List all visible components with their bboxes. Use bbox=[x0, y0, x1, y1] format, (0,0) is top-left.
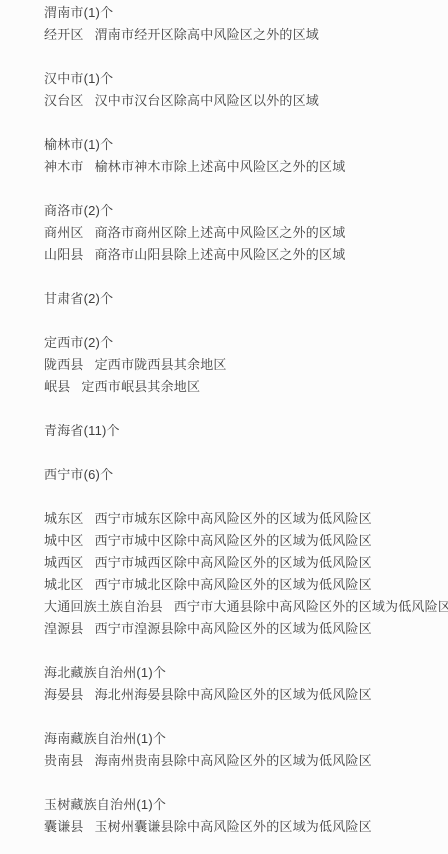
region-block: 城东区西宁市城东区除中高风险区外的区域为低风险区城中区西宁市城中区除中高风险区外… bbox=[44, 508, 444, 640]
area-entry-row: 囊谦县玉树州囊谦县除中高风险区外的区域为低风险区 bbox=[44, 816, 444, 838]
area-name: 商州区 bbox=[44, 225, 84, 240]
region-block: 甘肃省(2)个 bbox=[44, 288, 444, 310]
area-description: 西宁市城西区除中高风险区外的区域为低风险区 bbox=[95, 555, 372, 570]
area-description: 商洛市商州区除上述高中风险区之外的区域 bbox=[95, 225, 346, 240]
region-block: 汉中市(1)个汉台区汉中市汉台区除高中风险区以外的区域 bbox=[44, 68, 444, 112]
region-group-header: 渭南市(1)个 bbox=[44, 2, 444, 24]
area-name: 山阳县 bbox=[44, 247, 84, 262]
region-block: 玉树藏族自治州(1)个囊谦县玉树州囊谦县除中高风险区外的区域为低风险区 bbox=[44, 794, 444, 838]
area-entry-row: 大通回族土族自治县西宁市大通县除中高风险区外的区域为低风险区 bbox=[44, 596, 444, 618]
region-block: 海南藏族自治州(1)个贵南县海南州贵南县除中高风险区外的区域为低风险区 bbox=[44, 728, 444, 772]
area-name: 城西区 bbox=[44, 555, 84, 570]
area-entry-row: 神木市榆林市神木市除上述高中风险区之外的区域 bbox=[44, 156, 444, 178]
area-entry-row: 贵南县海南州贵南县除中高风险区外的区域为低风险区 bbox=[44, 750, 444, 772]
area-name: 囊谦县 bbox=[44, 819, 84, 834]
area-name: 海晏县 bbox=[44, 687, 84, 702]
area-description: 渭南市经开区除高中风险区之外的区域 bbox=[95, 27, 319, 42]
region-block: 海北藏族自治州(1)个海晏县海北州海晏县除中高风险区外的区域为低风险区 bbox=[44, 662, 444, 706]
area-entry-row: 汉台区汉中市汉台区除高中风险区以外的区域 bbox=[44, 90, 444, 112]
region-block: 青海省(11)个 bbox=[44, 420, 444, 442]
area-name: 汉台区 bbox=[44, 93, 84, 108]
area-name: 湟源县 bbox=[44, 621, 84, 636]
region-block: 渭南市(1)个经开区渭南市经开区除高中风险区之外的区域 bbox=[44, 2, 444, 46]
area-entry-row: 商州区商洛市商州区除上述高中风险区之外的区域 bbox=[44, 222, 444, 244]
risk-area-document-page: 渭南市(1)个经开区渭南市经开区除高中风险区之外的区域汉中市(1)个汉台区汉中市… bbox=[0, 0, 448, 854]
area-name: 岷县 bbox=[44, 379, 70, 394]
region-group-header: 青海省(11)个 bbox=[44, 420, 444, 442]
region-group-header: 海南藏族自治州(1)个 bbox=[44, 728, 444, 750]
region-group-header: 海北藏族自治州(1)个 bbox=[44, 662, 444, 684]
area-description: 西宁市城东区除中高风险区外的区域为低风险区 bbox=[95, 511, 372, 526]
region-group-header: 榆林市(1)个 bbox=[44, 134, 444, 156]
region-block: 商洛市(2)个商州区商洛市商州区除上述高中风险区之外的区域山阳县商洛市山阳县除上… bbox=[44, 200, 444, 266]
area-entry-row: 陇西县定西市陇西县其余地区 bbox=[44, 354, 444, 376]
region-group-header: 西宁市(6)个 bbox=[44, 464, 444, 486]
area-entry-row: 岷县定西市岷县其余地区 bbox=[44, 376, 444, 398]
region-group-header: 汉中市(1)个 bbox=[44, 68, 444, 90]
area-name: 经开区 bbox=[44, 27, 84, 42]
area-entry-row: 城中区西宁市城中区除中高风险区外的区域为低风险区 bbox=[44, 530, 444, 552]
region-block: 榆林市(1)个神木市榆林市神木市除上述高中风险区之外的区域 bbox=[44, 134, 444, 178]
area-name: 陇西县 bbox=[44, 357, 84, 372]
region-group-header: 玉树藏族自治州(1)个 bbox=[44, 794, 444, 816]
area-name: 贵南县 bbox=[44, 753, 84, 768]
region-block: 定西市(2)个陇西县定西市陇西县其余地区岷县定西市岷县其余地区 bbox=[44, 332, 444, 398]
area-description: 西宁市湟源县除中高风险区外的区域为低风险区 bbox=[95, 621, 372, 636]
area-entry-row: 城西区西宁市城西区除中高风险区外的区域为低风险区 bbox=[44, 552, 444, 574]
area-entry-row: 湟源县西宁市湟源县除中高风险区外的区域为低风险区 bbox=[44, 618, 444, 640]
area-description: 汉中市汉台区除高中风险区以外的区域 bbox=[95, 93, 319, 108]
area-description: 西宁市城中区除中高风险区外的区域为低风险区 bbox=[95, 533, 372, 548]
area-description: 定西市陇西县其余地区 bbox=[95, 357, 227, 372]
area-description: 西宁市大通县除中高风险区外的区域为低风险区 bbox=[174, 599, 448, 614]
area-description: 玉树州囊谦县除中高风险区外的区域为低风险区 bbox=[95, 819, 372, 834]
area-name: 大通回族土族自治县 bbox=[44, 599, 163, 614]
area-entry-row: 山阳县商洛市山阳县除上述高中风险区之外的区域 bbox=[44, 244, 444, 266]
area-description: 海南州贵南县除中高风险区外的区域为低风险区 bbox=[95, 753, 372, 768]
document-body: 渭南市(1)个经开区渭南市经开区除高中风险区之外的区域汉中市(1)个汉台区汉中市… bbox=[44, 2, 444, 838]
area-description: 海北州海晏县除中高风险区外的区域为低风险区 bbox=[95, 687, 372, 702]
region-block: 西宁市(6)个 bbox=[44, 464, 444, 486]
region-group-header: 定西市(2)个 bbox=[44, 332, 444, 354]
area-entry-row: 城北区西宁市城北区除中高风险区外的区域为低风险区 bbox=[44, 574, 444, 596]
area-description: 定西市岷县其余地区 bbox=[81, 379, 200, 394]
area-description: 榆林市神木市除上述高中风险区之外的区域 bbox=[95, 159, 346, 174]
area-name: 城中区 bbox=[44, 533, 84, 548]
area-entry-row: 海晏县海北州海晏县除中高风险区外的区域为低风险区 bbox=[44, 684, 444, 706]
region-group-header: 甘肃省(2)个 bbox=[44, 288, 444, 310]
area-name: 神木市 bbox=[44, 159, 84, 174]
region-group-header: 商洛市(2)个 bbox=[44, 200, 444, 222]
area-name: 城东区 bbox=[44, 511, 84, 526]
area-name: 城北区 bbox=[44, 577, 84, 592]
area-description: 商洛市山阳县除上述高中风险区之外的区域 bbox=[95, 247, 346, 262]
area-entry-row: 经开区渭南市经开区除高中风险区之外的区域 bbox=[44, 24, 444, 46]
area-description: 西宁市城北区除中高风险区外的区域为低风险区 bbox=[95, 577, 372, 592]
area-entry-row: 城东区西宁市城东区除中高风险区外的区域为低风险区 bbox=[44, 508, 444, 530]
